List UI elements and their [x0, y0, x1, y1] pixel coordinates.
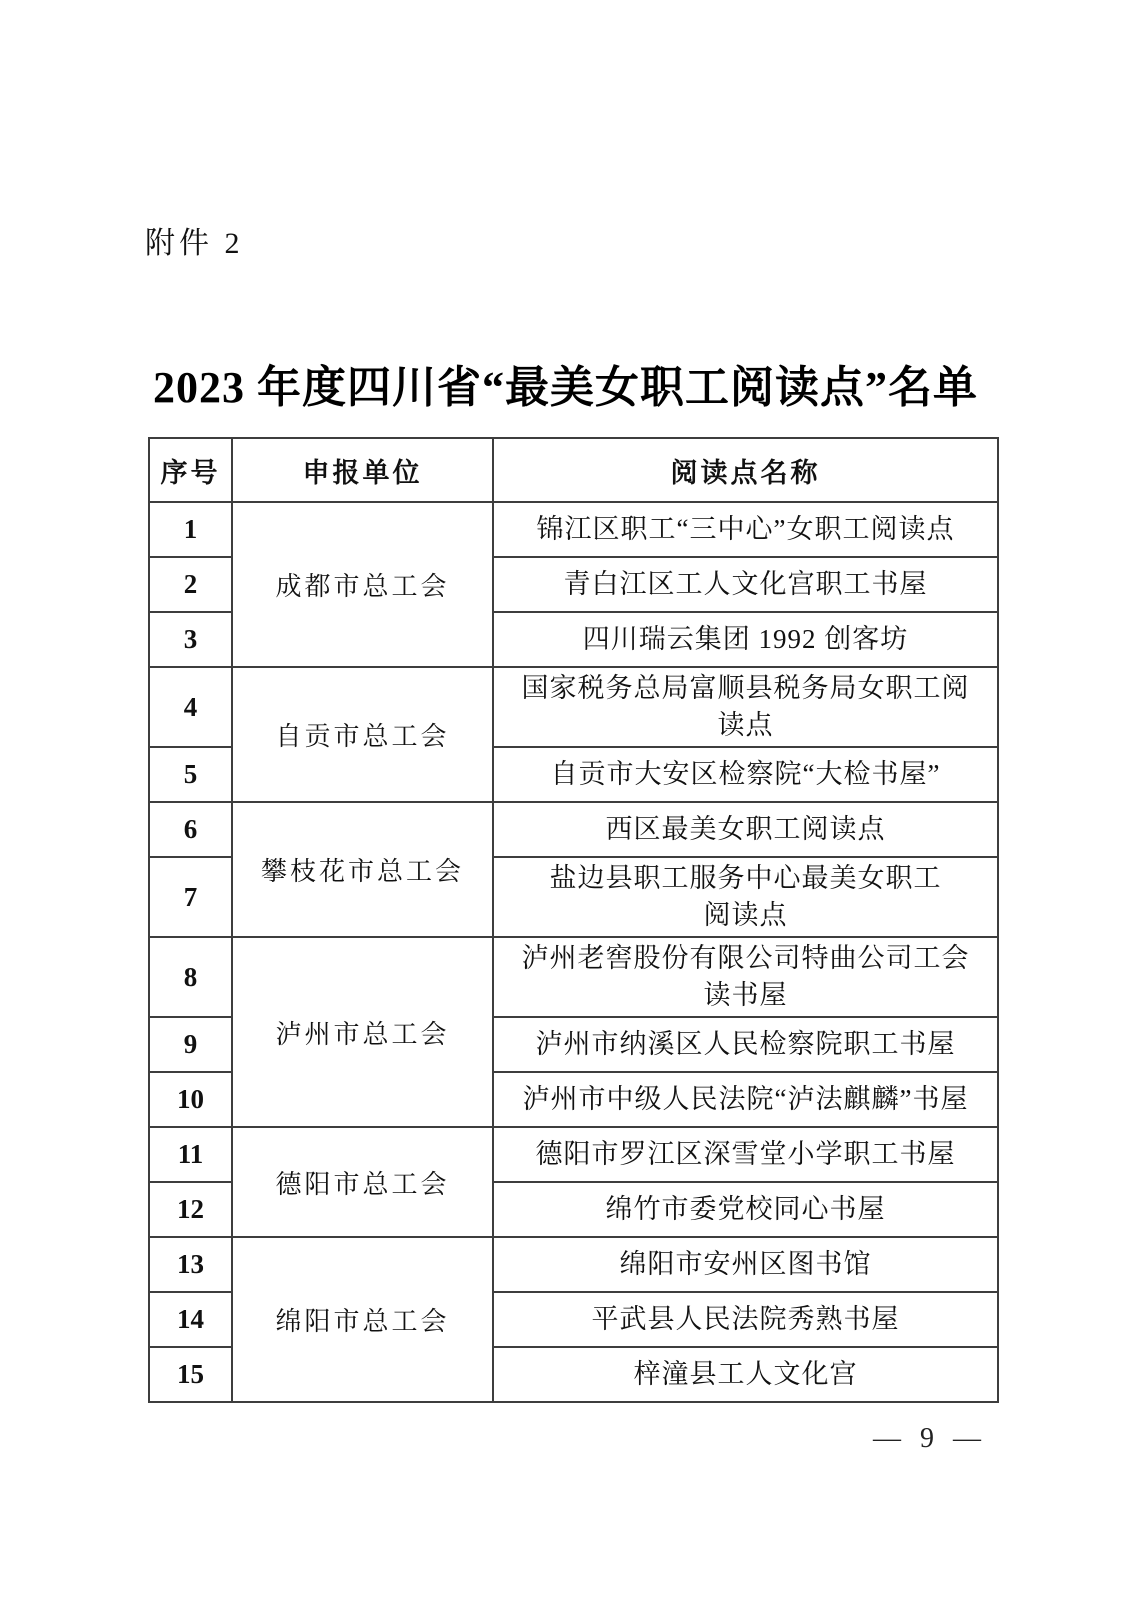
- reading-point-name-cell: 平武县人民法院秀熟书屋: [493, 1292, 998, 1347]
- row-serial-number: 3: [149, 612, 232, 667]
- table-row: 8泸州市总工会泸州老窖股份有限公司特曲公司工会 读书屋: [149, 937, 998, 1017]
- reading-point-name-cell: 盐边县职工服务中心最美女职工 阅读点: [493, 857, 998, 937]
- reading-point-name-cell: 泸州市纳溪区人民检察院职工书屋: [493, 1017, 998, 1072]
- applicant-unit-cell: 泸州市总工会: [232, 937, 493, 1127]
- row-serial-number: 4: [149, 667, 232, 747]
- row-serial-number: 11: [149, 1127, 232, 1182]
- row-serial-number: 8: [149, 937, 232, 1017]
- row-serial-number: 9: [149, 1017, 232, 1072]
- table-row: 6攀枝花市总工会西区最美女职工阅读点: [149, 802, 998, 857]
- column-header-reading-point: 阅读点名称: [493, 438, 998, 502]
- table-header-row: 序号 申报单位 阅读点名称: [149, 438, 998, 502]
- row-serial-number: 10: [149, 1072, 232, 1127]
- applicant-unit-cell: 成都市总工会: [232, 502, 493, 667]
- table-row: 4自贡市总工会国家税务总局富顺县税务局女职工阅 读点: [149, 667, 998, 747]
- reading-point-name-cell: 绵阳市安州区图书馆: [493, 1237, 998, 1292]
- reading-points-table: 序号 申报单位 阅读点名称 1成都市总工会锦江区职工“三中心”女职工阅读点2青白…: [148, 437, 999, 1403]
- reading-point-name-cell: 四川瑞云集团 1992 创客坊: [493, 612, 998, 667]
- row-serial-number: 7: [149, 857, 232, 937]
- row-serial-number: 1: [149, 502, 232, 557]
- attachment-label: 附件 2: [145, 218, 244, 262]
- column-header-serial: 序号: [149, 438, 232, 502]
- table-header: 序号 申报单位 阅读点名称: [149, 438, 998, 502]
- page-title: 2023 年度四川省“最美女职工阅读点”名单: [0, 351, 1131, 415]
- table-body: 1成都市总工会锦江区职工“三中心”女职工阅读点2青白江区工人文化宫职工书屋3四川…: [149, 502, 998, 1402]
- document-page: { "page": { "attachment_label": "附件 2", …: [0, 0, 1131, 1600]
- reading-point-name-cell: 国家税务总局富顺县税务局女职工阅 读点: [493, 667, 998, 747]
- row-serial-number: 15: [149, 1347, 232, 1402]
- reading-point-name-cell: 泸州老窖股份有限公司特曲公司工会 读书屋: [493, 937, 998, 1017]
- reading-point-name-cell: 锦江区职工“三中心”女职工阅读点: [493, 502, 998, 557]
- page-number: — 9 —: [873, 1423, 987, 1455]
- applicant-unit-cell: 攀枝花市总工会: [232, 802, 493, 937]
- row-serial-number: 5: [149, 747, 232, 802]
- table-row: 13绵阳市总工会绵阳市安州区图书馆: [149, 1237, 998, 1292]
- reading-point-name-cell: 泸州市中级人民法院“泸法麒麟”书屋: [493, 1072, 998, 1127]
- applicant-unit-cell: 德阳市总工会: [232, 1127, 493, 1237]
- applicant-unit-cell: 自贡市总工会: [232, 667, 493, 802]
- row-serial-number: 12: [149, 1182, 232, 1237]
- reading-point-name-cell: 青白江区工人文化宫职工书屋: [493, 557, 998, 612]
- reading-point-name-cell: 梓潼县工人文化宫: [493, 1347, 998, 1402]
- reading-point-name-cell: 西区最美女职工阅读点: [493, 802, 998, 857]
- table-row: 11德阳市总工会德阳市罗江区深雪堂小学职工书屋: [149, 1127, 998, 1182]
- row-serial-number: 6: [149, 802, 232, 857]
- row-serial-number: 2: [149, 557, 232, 612]
- reading-point-name-cell: 德阳市罗江区深雪堂小学职工书屋: [493, 1127, 998, 1182]
- column-header-unit: 申报单位: [232, 438, 493, 502]
- applicant-unit-cell: 绵阳市总工会: [232, 1237, 493, 1402]
- row-serial-number: 14: [149, 1292, 232, 1347]
- table-row: 1成都市总工会锦江区职工“三中心”女职工阅读点: [149, 502, 998, 557]
- reading-point-name-cell: 自贡市大安区检察院“大检书屋”: [493, 747, 998, 802]
- reading-point-name-cell: 绵竹市委党校同心书屋: [493, 1182, 998, 1237]
- row-serial-number: 13: [149, 1237, 232, 1292]
